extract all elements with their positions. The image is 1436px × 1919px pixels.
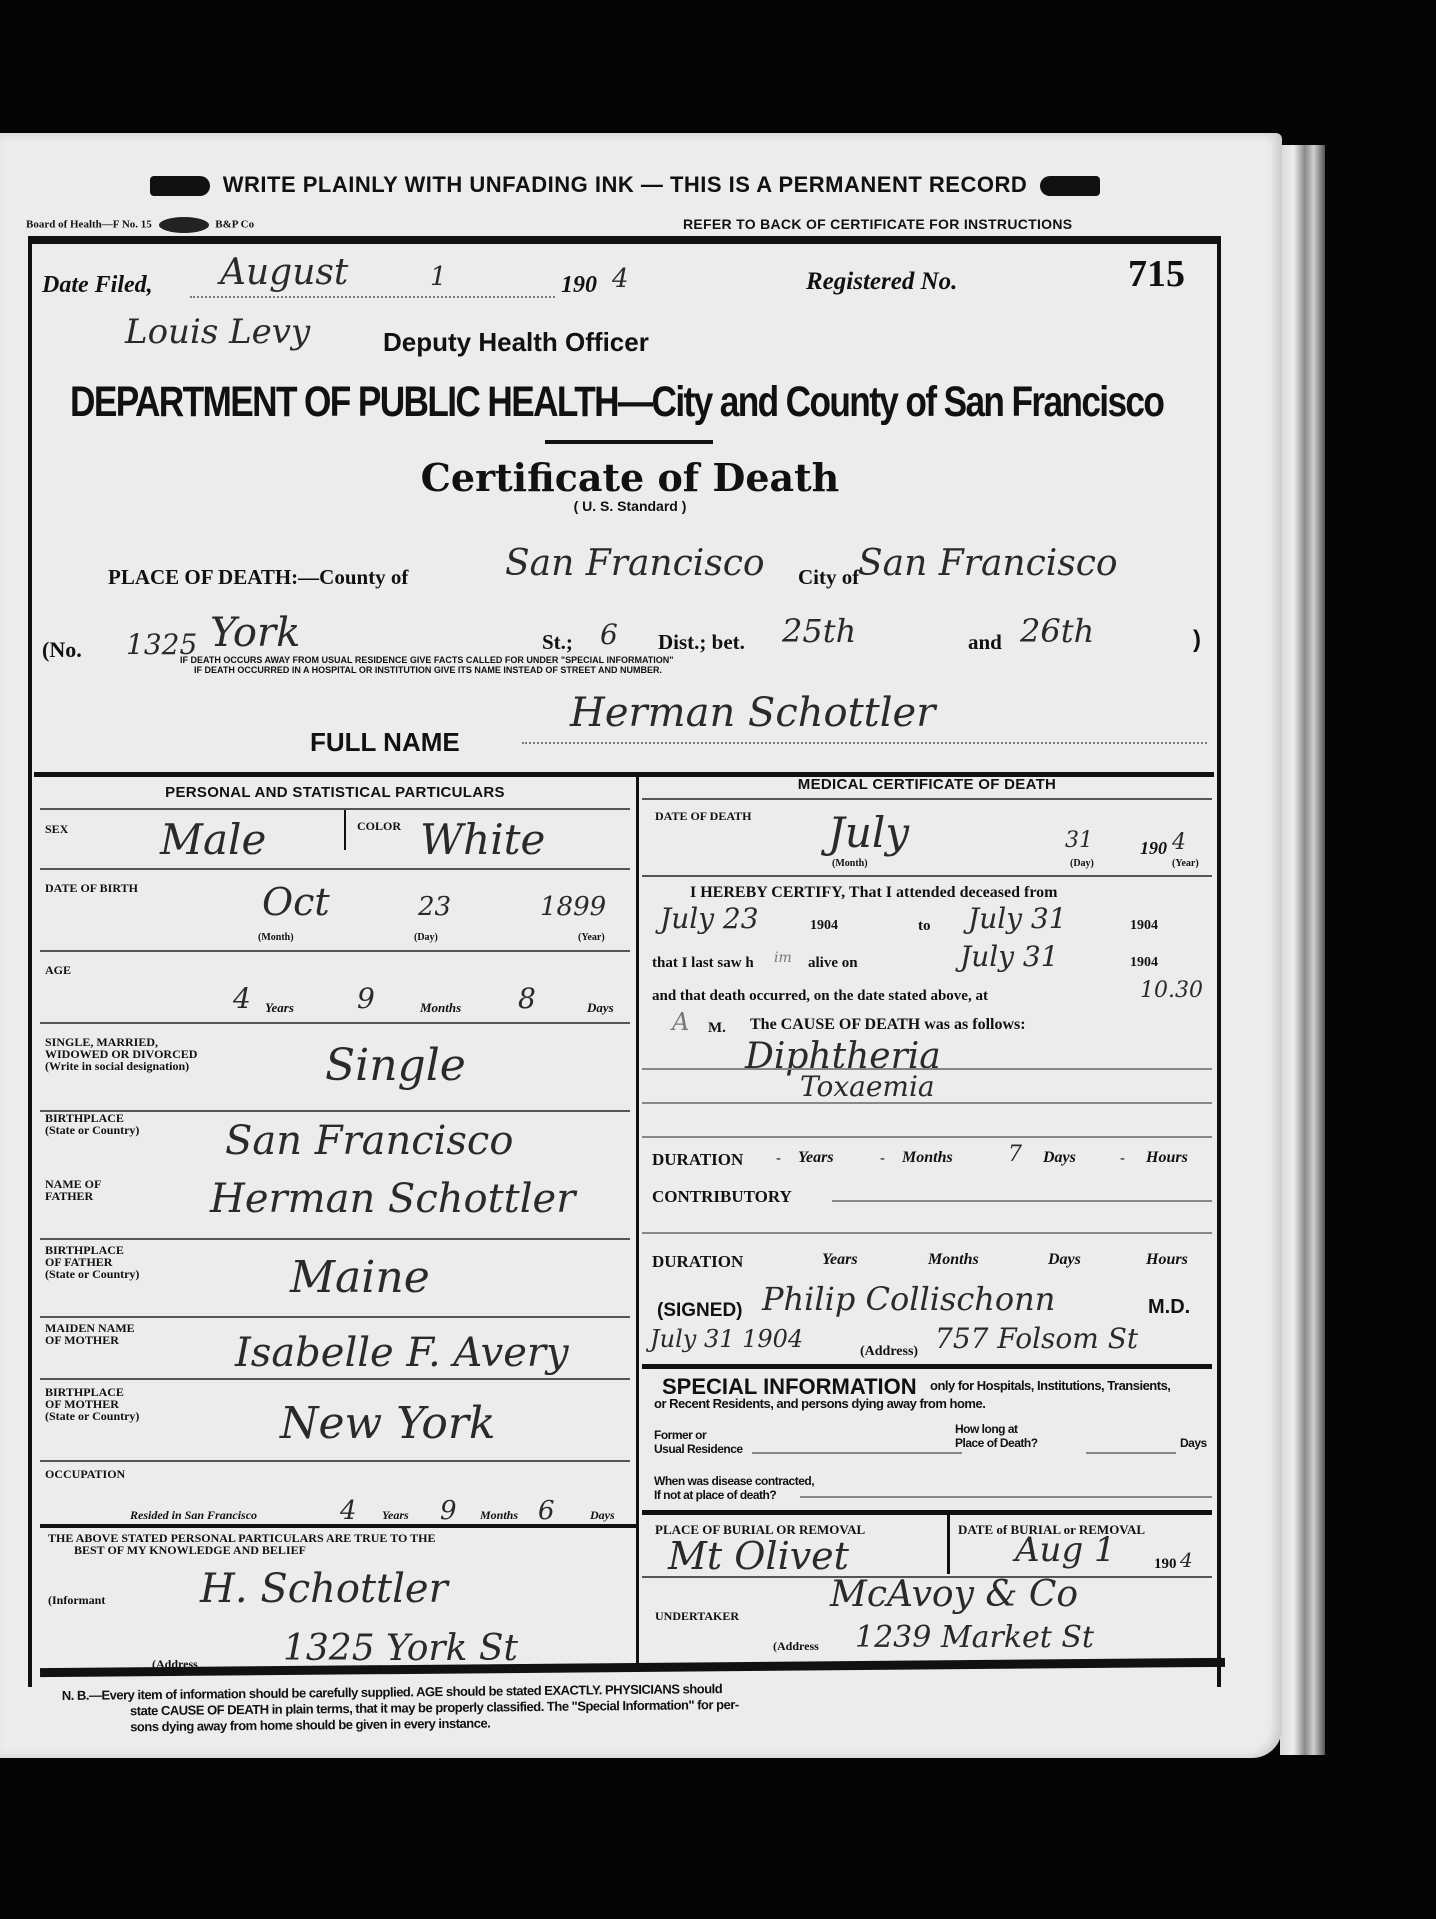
time-of-death: 10.30: [1140, 978, 1203, 1003]
burial-place: Mt Olivet: [668, 1534, 849, 1578]
dob-year: 1899: [540, 892, 606, 922]
day-caption: (Day): [414, 932, 438, 943]
dob-month: Oct: [262, 880, 330, 924]
form-number: Board of Health—F No. 15: [26, 219, 152, 231]
death-street: York: [210, 610, 300, 656]
informant-statement-line-2: BEST OF MY KNOWLEDGE AND BELIEF: [48, 1544, 435, 1556]
rule: [40, 1378, 630, 1380]
mother-birthplace-label: BIRTHPLACE OF MOTHER (State or Country): [45, 1386, 139, 1422]
rule: [642, 875, 1212, 877]
city-label: City of: [798, 565, 859, 590]
signed-label: (SIGNED): [657, 1300, 743, 1322]
us-standard-label: ( U. S. Standard ): [0, 498, 1260, 514]
rule: [40, 1022, 630, 1024]
cross-street-2: 26th: [1020, 612, 1094, 650]
resided-years: 4: [340, 1496, 357, 1526]
certify-statement: I HEREBY CERTIFY, That I attended deceas…: [690, 884, 1057, 902]
marital-label-line-3: (Write in social designation): [45, 1060, 197, 1072]
date-filed-month: August: [220, 252, 348, 293]
rule: [40, 868, 630, 870]
duration-years: -: [776, 1150, 781, 1167]
death-year-caption: (Year): [1172, 858, 1199, 869]
death-month-caption: (Month): [832, 858, 868, 869]
medical-heading: MEDICAL CERTIFICATE OF DEATH: [642, 776, 1212, 793]
burial-divider: [642, 1510, 1212, 1515]
rule: [40, 1238, 630, 1240]
how-long-label-line-1: How long at: [955, 1422, 1038, 1436]
last-saw-date: July 31: [960, 940, 1059, 973]
rule: [642, 1136, 1212, 1138]
last-saw-year: 1904: [1130, 955, 1158, 971]
undertaker-address: 1239 Market St: [855, 1620, 1094, 1655]
meridiem: A: [672, 1008, 689, 1036]
duration2-years-caption: Years: [822, 1251, 858, 1269]
registered-no-label: Registered No.: [806, 268, 957, 296]
occupation-label: OCCUPATION: [45, 1468, 125, 1480]
district-number: 6: [600, 618, 618, 651]
book-page-edges: [1280, 145, 1325, 1755]
how-long-label-line-2: Place of Death?: [955, 1436, 1038, 1450]
date-filed-field: August 1: [190, 258, 555, 298]
resided-years-caption: Years: [382, 1508, 409, 1523]
mother-birthplace-label-line-3: (State or Country): [45, 1410, 139, 1422]
signed-date: July 31 1904: [650, 1325, 803, 1353]
resided-months-caption: Months: [480, 1508, 518, 1523]
birthplace-value: San Francisco: [225, 1118, 513, 1164]
age-years: 4: [233, 982, 251, 1015]
undertaker-name: McAvoy & Co: [830, 1574, 1078, 1615]
place-of-death-label: PLACE OF DEATH:—County of: [108, 565, 408, 590]
father-birthplace-label: BIRTHPLACE OF FATHER (State or Country): [45, 1244, 139, 1280]
duration2-hours-caption: Hours: [1146, 1251, 1188, 1269]
mother-birthplace-value: New York: [280, 1398, 496, 1449]
dob-day: 23: [418, 892, 451, 922]
duration-years-caption: Years: [798, 1149, 834, 1167]
rule: [832, 1200, 1212, 1202]
and-label: and: [968, 630, 1002, 655]
special-heading-rest: only for Hospitals, Institutions, Transi…: [930, 1378, 1170, 1393]
undertaker-label: UNDERTAKER: [655, 1610, 739, 1622]
mother-value: Isabelle F. Avery: [235, 1330, 569, 1376]
mother-label: MAIDEN NAME OF MOTHER: [45, 1322, 135, 1346]
printer-name: B&P Co: [215, 219, 254, 231]
contracted-label-line-2: If not at place of death?: [654, 1488, 814, 1502]
officer-title: Deputy Health Officer: [383, 327, 649, 358]
father-birthplace-value: Maine: [290, 1252, 430, 1303]
year-caption: (Year): [578, 932, 605, 943]
informant-address: 1325 York St: [283, 1628, 518, 1669]
duration-hours-caption: Hours: [1146, 1149, 1188, 1167]
age-days: 8: [518, 982, 536, 1015]
burial-divider-vertical: [947, 1514, 950, 1574]
mother-label-line-2: OF MOTHER: [45, 1334, 135, 1346]
full-name-field: Herman Schottler: [522, 700, 1207, 744]
form-id: Board of Health—F No. 15 B&P Co: [26, 217, 254, 233]
registered-no: 715: [1128, 252, 1185, 296]
pointing-hand-icon: [1040, 176, 1100, 196]
former-residence-label-line-2: Usual Residence: [654, 1442, 743, 1456]
to-label: to: [918, 918, 931, 935]
duration-label: DURATION: [652, 1150, 743, 1170]
date-filed-year-suffix: 4: [612, 264, 629, 294]
banner-text: WRITE PLAINLY WITH UNFADING INK — THIS I…: [223, 172, 1028, 197]
father-label-line-2: FATHER: [45, 1190, 101, 1202]
marital-label: SINGLE, MARRIED, WIDOWED OR DIVORCED (Wr…: [45, 1036, 197, 1072]
date-filed-label: Date Filed,: [42, 272, 153, 299]
personal-heading: PERSONAL AND STATISTICAL PARTICULARS: [40, 784, 630, 801]
informant-divider: [40, 1524, 636, 1528]
how-long-label: How long at Place of Death?: [955, 1422, 1038, 1450]
age-months-caption: Months: [420, 1000, 461, 1016]
address-no-label: (No.: [42, 637, 82, 663]
cause-secondary: Toxaemia: [800, 1070, 935, 1103]
duration-hours: -: [1120, 1150, 1125, 1167]
attended-to-year: 1904: [1130, 918, 1158, 934]
rule: [40, 950, 630, 952]
contracted-label-line-1: When was disease contracted,: [654, 1474, 814, 1488]
former-residence-label-line-1: Former or: [654, 1428, 743, 1442]
duration2-days-caption: Days: [1048, 1251, 1081, 1269]
death-day: 31: [1065, 828, 1093, 853]
how-long-days: Days: [1180, 1436, 1207, 1450]
pointing-hand-icon: [150, 176, 210, 196]
duration-months-caption: Months: [902, 1149, 953, 1167]
attended-from-year: 1904: [810, 918, 838, 934]
certificate-title: Certificate of Death: [0, 455, 1260, 500]
physician-signature: Philip Collischonn: [762, 1280, 1055, 1318]
father-birthplace-label-line-3: (State or Country): [45, 1268, 139, 1280]
dob-label: DATE OF BIRTH: [45, 882, 138, 894]
duration-days: 7: [1008, 1142, 1022, 1167]
resided-label: Resided in San Francisco: [130, 1508, 257, 1523]
rule: [40, 1460, 630, 1462]
rule: [642, 798, 1212, 800]
rule: [800, 1496, 1212, 1498]
residence-note-line-1: IF DEATH OCCURS AWAY FROM USUAL RESIDENC…: [180, 655, 1030, 665]
resided-days-caption: Days: [590, 1508, 615, 1523]
cross-street-1: 25th: [782, 612, 856, 650]
rule: [642, 1102, 1212, 1104]
cause-label: The CAUSE OF DEATH was as follows:: [750, 1016, 1026, 1034]
burial-year-suffix: 4: [1180, 1548, 1193, 1572]
last-saw-label: that I last saw h: [652, 955, 754, 972]
paren-close: ): [1193, 626, 1201, 654]
informant-name: H. Schottler: [200, 1566, 448, 1612]
duration2-label: DURATION: [652, 1252, 743, 1272]
marital-value: Single: [325, 1040, 466, 1091]
officer-signature: Louis Levy: [125, 312, 310, 352]
color-value: White: [420, 815, 545, 864]
special-divider: [642, 1364, 1212, 1369]
rule: [40, 808, 630, 810]
date-filed-day: 1: [430, 262, 447, 292]
district-between-label: Dist.; bet.: [658, 630, 745, 655]
resided-months: 9: [440, 1496, 457, 1526]
residence-note: IF DEATH OCCURS AWAY FROM USUAL RESIDENC…: [180, 655, 1030, 675]
month-caption: (Month): [258, 932, 294, 943]
birthplace-label: BIRTHPLACE (State or Country): [45, 1112, 139, 1136]
special-heading-line2: or Recent Residents, and persons dying a…: [654, 1396, 985, 1411]
burial-date: Aug 1: [1015, 1530, 1116, 1570]
sex-value: Male: [160, 815, 266, 864]
duration-months: -: [880, 1150, 885, 1167]
age-months: 9: [357, 982, 375, 1015]
sex-label: SEX: [45, 823, 68, 835]
death-year-suffix: 4: [1172, 830, 1186, 855]
m-label: M.: [708, 1020, 726, 1037]
undertaker-address-label: (Address: [773, 1640, 819, 1652]
contributory-label: CONTRIBUTORY: [652, 1187, 792, 1207]
informant-label: (Informant: [48, 1594, 105, 1606]
full-name-label: FULL NAME: [310, 727, 460, 758]
full-name-value: Herman Schottler: [570, 690, 935, 736]
age-days-caption: Days: [587, 1000, 614, 1016]
contracted-label: When was disease contracted, If not at p…: [654, 1474, 814, 1502]
death-county: San Francisco: [505, 543, 765, 584]
age-years-caption: Years: [265, 1000, 294, 1016]
physician-address: 757 Folsom St: [935, 1322, 1138, 1355]
rule: [752, 1452, 962, 1454]
informant-statement: THE ABOVE STATED PERSONAL PARTICULARS AR…: [48, 1532, 435, 1556]
permanent-record-banner: WRITE PLAINLY WITH UNFADING INK — THIS I…: [80, 172, 1170, 198]
street-label: St.;: [542, 630, 573, 655]
sex-color-divider: [344, 810, 346, 850]
alive-on-label: alive on: [808, 955, 858, 972]
title-divider: [545, 440, 713, 444]
death-month: July: [828, 808, 909, 857]
death-day-caption: (Day): [1070, 858, 1094, 869]
color-label: COLOR: [357, 820, 401, 832]
date-of-death-label: DATE OF DEATH: [655, 810, 751, 822]
father-value: Herman Schottler: [210, 1176, 575, 1222]
duration-days-caption: Days: [1043, 1149, 1076, 1167]
duration2-months-caption: Months: [928, 1251, 979, 1269]
date-filed-year-prefix: 190: [561, 272, 597, 299]
rule: [1086, 1452, 1176, 1454]
age-label: AGE: [45, 964, 71, 976]
death-year-prefix: 190: [1140, 838, 1167, 859]
attended-from: July 23: [660, 902, 759, 935]
former-residence-label: Former or Usual Residence: [654, 1428, 743, 1456]
department-title: DEPARTMENT OF PUBLIC HEALTH—City and Cou…: [70, 378, 1163, 427]
rule: [40, 1316, 630, 1318]
birthplace-label-line-2: (State or Country): [45, 1124, 139, 1136]
md-label: M.D.: [1148, 1296, 1190, 1319]
rule: [642, 1232, 1212, 1234]
resided-days: 6: [538, 1496, 555, 1526]
physician-address-label: (Address): [860, 1344, 918, 1360]
union-seal-icon: [159, 217, 209, 233]
refer-instructions: REFER TO BACK OF CERTIFICATE FOR INSTRUC…: [683, 216, 1072, 232]
attended-to: July 31: [968, 902, 1067, 935]
occurred-statement: and that death occurred, on the date sta…: [652, 988, 988, 1005]
column-divider: [636, 772, 639, 1672]
death-city: San Francisco: [858, 543, 1118, 584]
residence-note-line-2: IF DEATH OCCURRED IN A HOSPITAL OR INSTI…: [180, 665, 1030, 675]
last-saw-pronoun: im: [774, 950, 792, 966]
father-label: NAME OF FATHER: [45, 1178, 101, 1202]
burial-year-prefix: 190: [1154, 1556, 1177, 1573]
